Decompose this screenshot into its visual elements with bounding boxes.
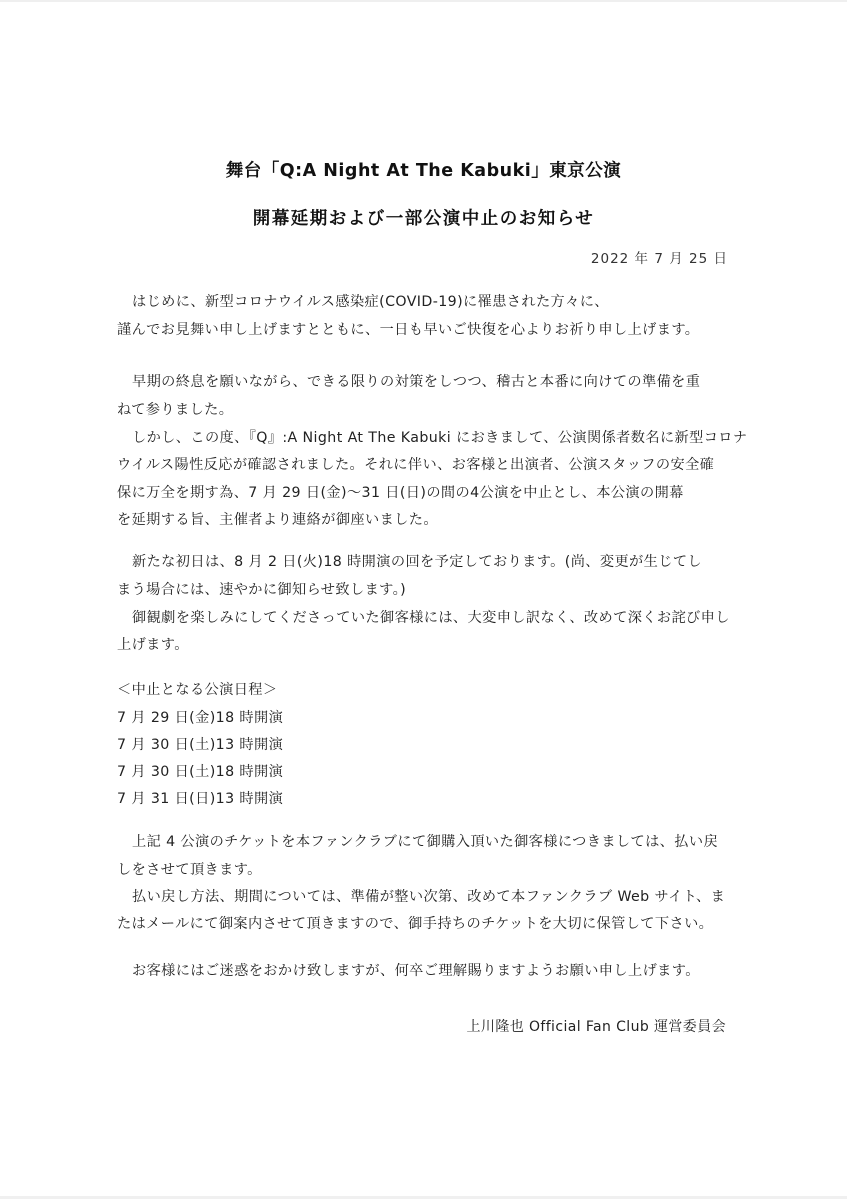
schedule-item: 7 月 29 日(金)18 時開演 [117,708,283,728]
schedule-heading: ＜中止となる公演日程＞ [117,680,277,700]
paragraph-2-line-5: 保に万全を期す為、7 月 29 日(金)～31 日(日)の間の4公演を中止とし、… [117,483,684,503]
paragraph-2-line-2: ねて参りました。 [117,400,233,420]
paragraph-2-line-1: 早期の終息を願いながら、できる限りの対策をしつつ、稽古と本番に向けての準備を重 [132,372,700,392]
refund-line-4: たはメールにて御案内させて頂きますので、御手持ちのチケットを大切に保管して下さい… [117,914,713,934]
paragraph-3-line-2: まう場合には、速やかに御知らせ致します。) [117,580,406,600]
paragraph-3-line-1: 新たな初日は、8 月 2 日(火)18 時開演の回を予定しております。(尚、変更… [132,552,702,572]
schedule-item: 7 月 31 日(日)13 時開演 [117,789,283,809]
paragraph-3-line-4: 上げます。 [117,635,189,655]
document-subtitle: 開幕延期および一部公演中止のお知らせ [0,205,847,230]
refund-line-2: しをさせて頂きます。 [117,860,262,880]
paragraph-1-line-1: はじめに、新型コロナウイルス感染症(COVID-19)に罹患された方々に、 [132,292,609,312]
document-title: 舞台「Q:A Night At The Kabuki」東京公演 [0,157,847,182]
refund-line-1: 上記 4 公演のチケットを本ファンクラブにて御購入頂いた御客様につきましては、払… [132,832,718,852]
schedule-item: 7 月 30 日(土)13 時開演 [117,735,283,755]
refund-line-3: 払い戻し方法、期間については、準備が整い次第、改めて本ファンクラブ Web サイ… [132,887,725,907]
paragraph-3-line-3: 御観劇を楽しみにしてくださっていた御客様には、大変申し訳なく、改めて深くお詫び申… [132,608,730,628]
paragraph-2-line-3: しかし、この度、『Q』:A Night At The Kabuki におきまして… [132,428,747,448]
signature: 上川隆也 Official Fan Club 運営委員会 [467,1016,726,1036]
paragraph-1-line-2: 謹んでお見舞い申し上げますとともに、一日も早いご快復を心よりお祈り申し上げます。 [117,320,699,340]
issue-date: 2022 年 7 月 25 日 [591,247,728,267]
schedule-item: 7 月 30 日(土)18 時開演 [117,762,283,782]
paragraph-2-line-6: を延期する旨、主催者より連絡が御座いました。 [117,510,438,530]
notice-document: 舞台「Q:A Night At The Kabuki」東京公演 開幕延期および一… [0,0,847,1199]
closing-statement: お客様にはご迷惑をおかけ致しますが、何卒ご理解賜りますようお願い申し上げます。 [132,961,700,981]
paragraph-2-line-4: ウイルス陽性反応が確認されました。それに伴い、お客様と出演者、公演スタッフの安全… [117,455,714,475]
